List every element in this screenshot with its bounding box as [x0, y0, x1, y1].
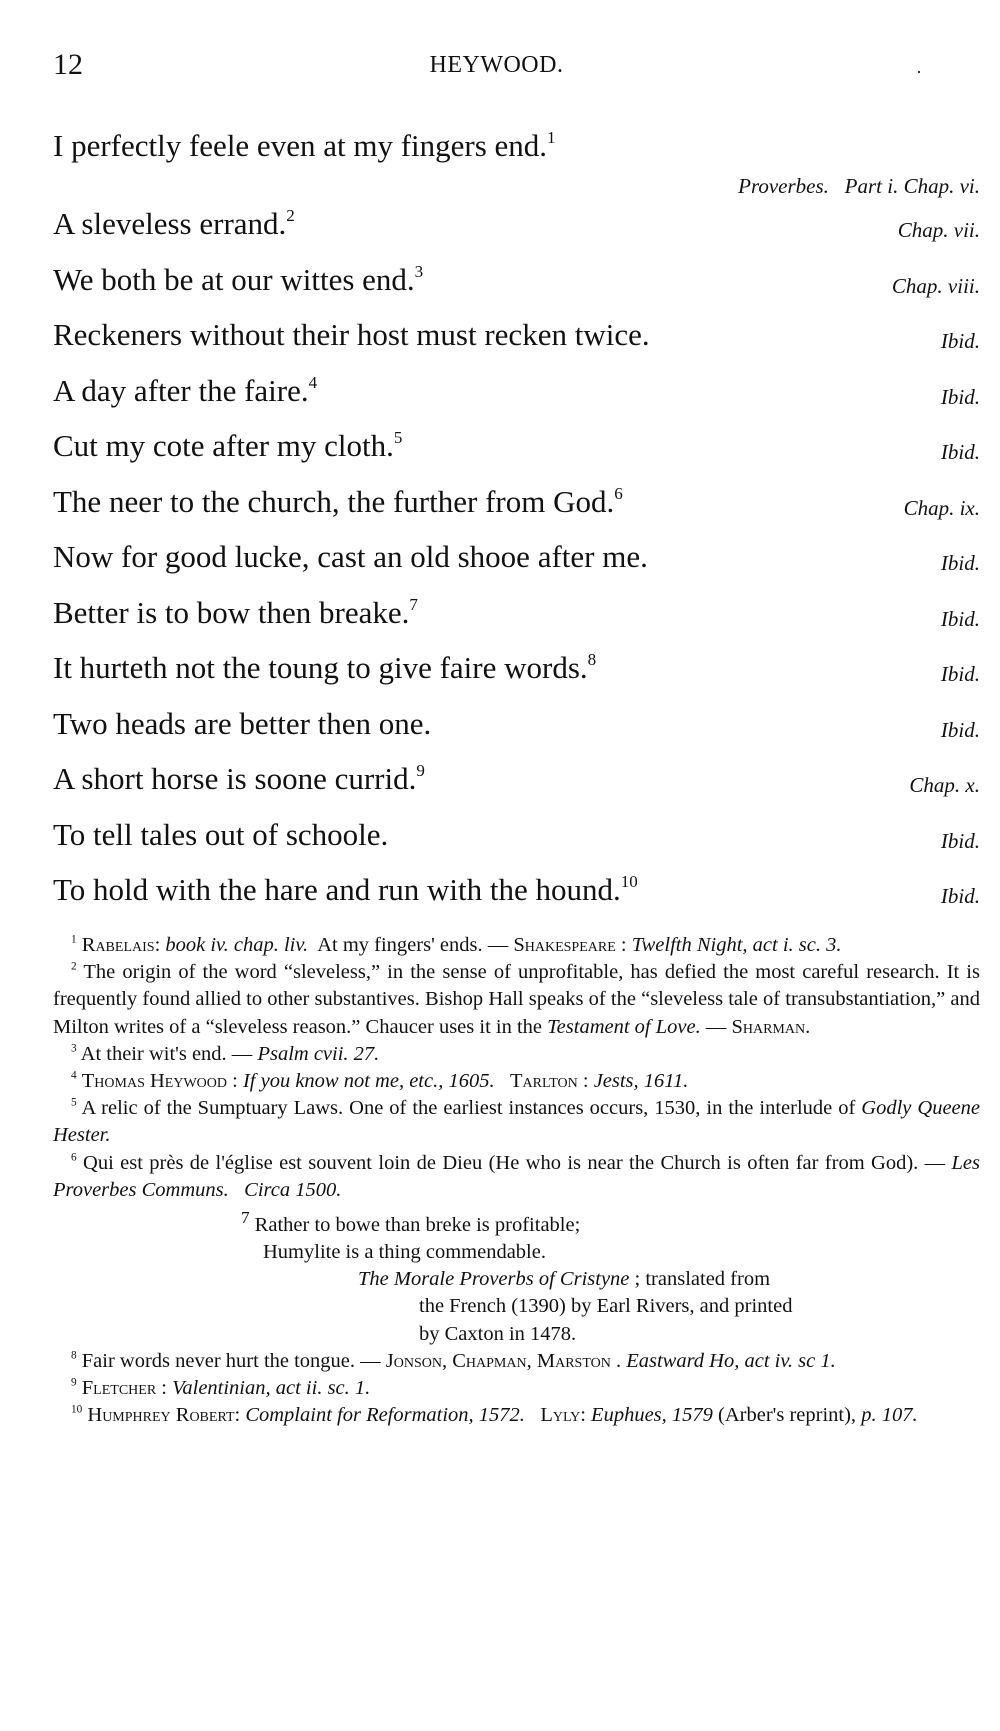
author-name: Shakespeare: [513, 934, 615, 956]
proverb-text: Cut my cote after my cloth.: [53, 428, 394, 463]
proverb-text: Reckeners without their host must recken…: [53, 317, 650, 352]
separator: [495, 1070, 510, 1092]
note-text: At my fingers' ends. —: [308, 934, 513, 956]
proverb-line: To tell tales out of schoole.Ibid.: [53, 815, 980, 871]
footnote-6: 6 Qui est près de l'église est souvent l…: [53, 1150, 980, 1204]
scan-speck: [918, 71, 920, 73]
note-text: ; translated from: [629, 1268, 770, 1290]
separator: :: [156, 1377, 172, 1399]
proverb-line: Reckeners without their host must recken…: [53, 315, 980, 371]
verse-line: 7 Rather to bowe than breke is profitabl…: [53, 1204, 980, 1239]
proverb-source: Ibid.: [941, 876, 980, 916]
proverb-line: A short horse is soone currid.9Chap. x.: [53, 759, 980, 815]
proverb-source: Ibid.: [941, 710, 980, 750]
footnote-ref[interactable]: 6: [614, 484, 623, 503]
proverb-line: Cut my cote after my cloth.5Ibid.: [53, 426, 980, 482]
proverb-source: Chap. viii.: [892, 266, 980, 306]
citation: Testament of Love.: [547, 1016, 701, 1038]
proverb-text: Two heads are better then one.: [53, 706, 431, 741]
separator: :: [578, 1070, 594, 1092]
running-title: HEYWOOD.: [53, 52, 980, 79]
page-header: 12 HEYWOOD.: [53, 48, 980, 88]
proverb-source: Ibid.: [941, 599, 980, 639]
proverb-line: A day after the faire.4Ibid.: [53, 371, 980, 427]
verse-attribution: by Caxton in 1478.: [53, 1321, 980, 1348]
proverb-text: Better is to bow then breake.: [53, 595, 409, 630]
author-name: Humphrey Robert: [87, 1404, 234, 1426]
citation: Eastward Ho, act iv. sc 1.: [626, 1350, 836, 1372]
footnote-1: 1 Rabelais: book iv. chap. liv. At my fi…: [53, 932, 980, 959]
verse-text: Rather to bowe than breke is profitable;: [255, 1214, 581, 1236]
footnote-ref[interactable]: 7: [409, 595, 418, 614]
separator: —: [701, 1016, 732, 1038]
footnote-2: 2 The origin of the word “sleveless,” in…: [53, 959, 980, 1041]
citation: The Morale Proverbs of Cristyne: [358, 1268, 629, 1290]
footnotes: 1 Rabelais: book iv. chap. liv. At my fi…: [53, 932, 980, 1429]
proverb-line: Two heads are better then one.Ibid.: [53, 704, 980, 760]
author-name: Lyly: [540, 1404, 580, 1426]
proverb-text: A short horse is soone currid.: [53, 761, 416, 796]
proverb-text: To tell tales out of schoole.: [53, 817, 388, 852]
citation-date: Circa 1500.: [244, 1179, 341, 1201]
proverb-text: We both be at our wittes end.: [53, 262, 415, 297]
proverb-line: We both be at our wittes end.3Chap. viii…: [53, 260, 980, 316]
proverb-text: A day after the faire.: [53, 373, 309, 408]
author-name: Fletcher: [82, 1377, 156, 1399]
footnote-ref[interactable]: 2: [286, 206, 295, 225]
citation: Euphues, 1579: [591, 1404, 713, 1426]
footnote-number: 6: [71, 1151, 77, 1163]
footnote-ref[interactable]: 5: [394, 428, 403, 447]
note-text: by Caxton in 1478.: [419, 1323, 576, 1345]
note-text: Fair words never hurt the tongue. —: [82, 1350, 386, 1372]
proverb-text: It hurteth not the toung to give faire w…: [53, 650, 588, 685]
note-text: Qui est près de l'église est souvent loi…: [83, 1152, 952, 1174]
note-text: A relic of the Sumptuary Laws. One of th…: [82, 1097, 862, 1119]
proverb-source: Ibid.: [941, 543, 980, 583]
proverb-line: A sleveless errand.2Chap. vii.: [53, 204, 980, 260]
separator: :: [580, 1404, 591, 1426]
note-text: the French (1390) by Earl Rivers, and pr…: [419, 1295, 792, 1317]
separator: [525, 1404, 540, 1426]
footnote-number: 5: [71, 1097, 77, 1109]
proverb-line: It hurteth not the toung to give faire w…: [53, 648, 980, 704]
citation: p. 107.: [861, 1404, 917, 1426]
footnote-ref[interactable]: 1: [547, 128, 556, 147]
verse-attribution: The Morale Proverbs of Cristyne ; transl…: [53, 1266, 980, 1293]
proverb-source: Chap. vii.: [898, 210, 980, 250]
proverb-line: To hold with the hare and run with the h…: [53, 870, 980, 926]
citation: Twelfth Night, act i. sc. 3.: [632, 934, 842, 956]
footnote-number: 3: [71, 1042, 77, 1054]
footnote-number: 9: [71, 1377, 77, 1389]
footnote-ref[interactable]: 3: [415, 262, 424, 281]
proverb-source: Chap. x.: [909, 765, 980, 805]
proverb-line: Now for good lucke, cast an old shooe af…: [53, 537, 980, 593]
citation: Complaint for Reformation, 1572.: [245, 1404, 525, 1426]
proverb-source: Ibid.: [941, 654, 980, 694]
proverb-text: To hold with the hare and run with the h…: [53, 872, 621, 907]
author-name: Thomas Heywood: [82, 1070, 227, 1092]
separator: .: [611, 1350, 626, 1372]
citation: Jests, 1611.: [594, 1070, 689, 1092]
proverb-line: Better is to bow then breake.7Ibid.: [53, 593, 980, 649]
note-text: The origin of the word “sleveless,” in t…: [53, 961, 980, 1037]
footnote-10: 10 Humphrey Robert: Complaint for Reform…: [53, 1402, 980, 1429]
citation: Valentinian, act ii. sc. 1.: [172, 1377, 370, 1399]
footnote-ref[interactable]: 9: [416, 761, 425, 780]
author-name: Jonson, Chapman, Marston: [386, 1350, 611, 1372]
proverb-line: I perfectly feele even at my fingers end…: [53, 126, 980, 204]
footnote-3: 3 At their wit's end. — Psalm cvii. 27.: [53, 1041, 980, 1068]
proverb-source: Ibid.: [941, 377, 980, 417]
author-name: Tarlton: [510, 1070, 578, 1092]
footnote-number: 1: [71, 934, 77, 946]
citation: Psalm cvii. 27.: [257, 1043, 379, 1065]
note-text: (Arber's reprint),: [713, 1404, 861, 1426]
proverb-source: Chap. ix.: [904, 488, 980, 528]
verse-attribution: the French (1390) by Earl Rivers, and pr…: [53, 1293, 980, 1320]
verse-line: Humylite is a thing commendable.: [53, 1239, 980, 1266]
footnote-ref[interactable]: 4: [309, 373, 318, 392]
footnote-8: 8 Fair words never hurt the tongue. — Jo…: [53, 1348, 980, 1375]
separator: :: [155, 934, 166, 956]
proverb-text: I perfectly feele even at my fingers end…: [53, 128, 547, 163]
footnote-7: 7 Rather to bowe than breke is profitabl…: [53, 1204, 980, 1348]
proverb-source: Ibid.: [941, 321, 980, 361]
footnote-number: 4: [71, 1070, 77, 1082]
proverb-text: Now for good lucke, cast an old shooe af…: [53, 539, 648, 574]
citation: book iv. chap. liv.: [165, 934, 308, 956]
footnote-number: 7: [241, 1208, 250, 1227]
footnote-number: 10: [71, 1404, 82, 1416]
separator: :: [616, 934, 632, 956]
proverb-source: Ibid.: [941, 432, 980, 472]
footnote-number: 8: [71, 1349, 77, 1361]
proverb-source: Proverbes. Part i. Chap. vi.: [738, 166, 980, 206]
proverb-line: The neer to the church, the further from…: [53, 482, 980, 538]
separator: :: [235, 1404, 246, 1426]
author-name: Rabelais: [82, 934, 155, 956]
citation: If you know not me, etc., 1605.: [243, 1070, 495, 1092]
footnote-4: 4 Thomas Heywood : If you know not me, e…: [53, 1068, 980, 1095]
footnote-5: 5 A relic of the Sumptuary Laws. One of …: [53, 1095, 980, 1149]
note-text: At their wit's end. —: [81, 1043, 258, 1065]
verse-text: Humylite is a thing commendable.: [263, 1241, 546, 1263]
footnote-ref[interactable]: 8: [588, 650, 597, 669]
proverb-source: Ibid.: [941, 821, 980, 861]
proverb-text: The neer to the church, the further from…: [53, 484, 614, 519]
proverb-list: I perfectly feele even at my fingers end…: [53, 126, 980, 926]
footnote-ref[interactable]: 10: [621, 872, 638, 891]
proverb-text: A sleveless errand.: [53, 206, 286, 241]
author-name: Sharman.: [731, 1016, 810, 1038]
separator: :: [227, 1070, 243, 1092]
footnote-9: 9 Fletcher : Valentinian, act ii. sc. 1.: [53, 1375, 980, 1402]
footnote-number: 2: [71, 961, 77, 973]
separator: [229, 1179, 244, 1201]
